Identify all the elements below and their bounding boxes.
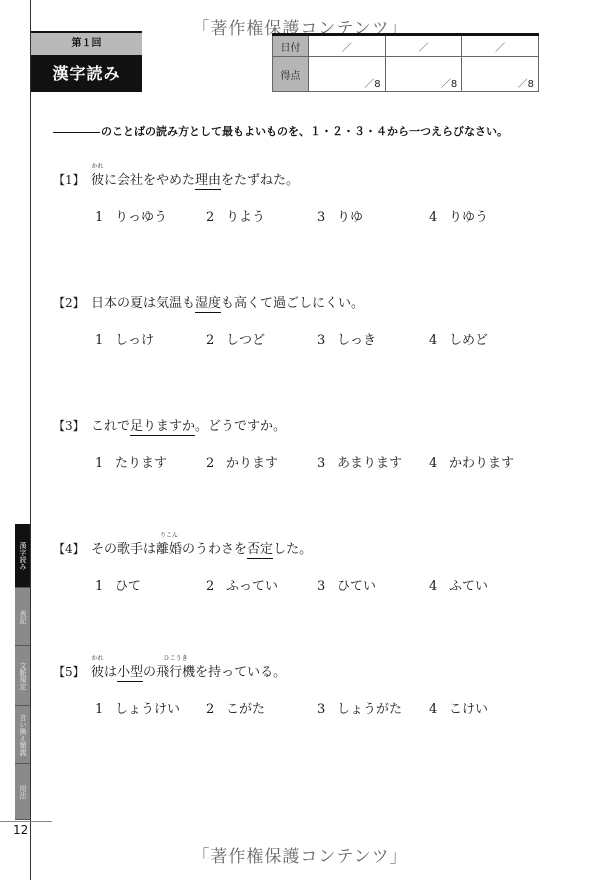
side-tab-paraphrase[interactable]: 言い換え類義 xyxy=(15,706,30,764)
page-number: 12 xyxy=(13,823,28,837)
instruction: のことばの読み方として最もよいものを、１・２・３・４から一つえらびなさい。 xyxy=(53,123,508,139)
underlined-word: 否定 xyxy=(247,542,273,559)
score-row: 得点 ／8 ／8 ／8 xyxy=(273,57,539,92)
question-stem: 【1】かれ彼に会社をやめた理由をたずねた。 xyxy=(53,171,553,190)
choice-1[interactable]: 1しょうけい xyxy=(95,698,180,717)
score-cell-1[interactable]: ／8 xyxy=(309,57,386,92)
score-label: 得点 xyxy=(273,57,309,92)
ruby-word: かれ彼 xyxy=(91,172,104,190)
choice-4[interactable]: 4こけい xyxy=(429,698,488,717)
choices: 1しょうけい 2こがた 3しょうがた 4こけい xyxy=(53,698,553,716)
underlined-word: 小型 xyxy=(117,665,143,682)
choice-4[interactable]: 4りゆう xyxy=(429,206,488,225)
page-margin-line xyxy=(30,0,31,880)
choice-2[interactable]: 2りよう xyxy=(206,206,265,225)
underline-blank xyxy=(53,132,100,133)
choices: 1りっゆう 2りよう 3りゆ 4りゆう xyxy=(53,206,553,224)
choice-4[interactable]: 4ふてい xyxy=(429,575,488,594)
question-5: 【5】かれ彼は小型のひこうき飛行機を持っている。 1しょうけい 2こがた 3しょ… xyxy=(53,663,553,716)
footer-rule xyxy=(0,821,52,822)
date-cell-2[interactable]: ／ xyxy=(385,35,462,57)
side-index-tabs: 漢字読み 表記 文脈規定 言い換え類義 用法 xyxy=(15,524,30,820)
furigana: かれ xyxy=(91,655,104,662)
choice-3[interactable]: 3しっき xyxy=(317,329,376,348)
score-cell-3[interactable]: ／8 xyxy=(462,57,539,92)
choice-1[interactable]: 1ひて xyxy=(95,575,141,594)
date-cell-3[interactable]: ／ xyxy=(462,35,539,57)
watermark-bottom: 「著作権保護コンテンツ」 xyxy=(0,842,600,867)
question-number: 【1】 xyxy=(53,171,91,189)
side-tab-usage[interactable]: 用法 xyxy=(15,764,30,820)
side-tab-context[interactable]: 文脈規定 xyxy=(15,646,30,706)
choice-4[interactable]: 4かわります xyxy=(429,452,514,471)
choice-1[interactable]: 1りっゆう xyxy=(95,206,167,225)
choice-3[interactable]: 3あまります xyxy=(317,452,402,471)
round-label: 第１回 xyxy=(31,33,142,55)
furigana: かれ xyxy=(91,163,104,170)
underlined-word: 足りますか xyxy=(130,419,195,436)
instruction-text: のことばの読み方として最もよいものを、１・２・３・４から一つえらびなさい。 xyxy=(101,125,508,138)
question-4: 【4】その歌手はりこん離婚のうわさを否定した。 1ひて 2ふってい 3ひてい 4… xyxy=(53,540,553,593)
ruby-word: かれ彼 xyxy=(91,664,104,682)
question-stem: 【4】その歌手はりこん離婚のうわさを否定した。 xyxy=(53,540,553,559)
furigana: りこん xyxy=(156,532,182,539)
question-number: 【3】 xyxy=(53,417,91,435)
underlined-word: 理由 xyxy=(195,173,221,190)
score-cell-2[interactable]: ／8 xyxy=(385,57,462,92)
question-number: 【2】 xyxy=(53,294,91,312)
choice-2[interactable]: 2ふってい xyxy=(206,575,278,594)
date-row: 日付 ／ ／ ／ xyxy=(273,35,539,57)
question-stem: 【2】日本の夏は気温も湿度も高くて過ごしにくい。 xyxy=(53,294,553,313)
ruby-word: ひこうき飛行機 xyxy=(156,664,195,682)
side-tab-kanji-reading[interactable]: 漢字読み xyxy=(15,524,30,588)
choice-3[interactable]: 3りゆ xyxy=(317,206,363,225)
question-stem: 【5】かれ彼は小型のひこうき飛行機を持っている。 xyxy=(53,663,553,682)
question-2: 【2】日本の夏は気温も湿度も高くて過ごしにくい。 1しっけ 2しつど 3しっき … xyxy=(53,294,553,347)
choices: 1しっけ 2しつど 3しっき 4しめど xyxy=(53,329,553,347)
choice-3[interactable]: 3しょうがた xyxy=(317,698,402,717)
date-cell-1[interactable]: ／ xyxy=(309,35,386,57)
choice-4[interactable]: 4しめど xyxy=(429,329,488,348)
section-title: 漢字読み xyxy=(31,55,142,92)
choice-2[interactable]: 2しつど xyxy=(206,329,265,348)
side-tab-notation[interactable]: 表記 xyxy=(15,588,30,646)
title-block: 第１回 漢字読み xyxy=(31,31,142,92)
choice-1[interactable]: 1しっけ xyxy=(95,329,154,348)
choice-2[interactable]: 2こがた xyxy=(206,698,265,717)
furigana: ひこうき xyxy=(156,655,195,662)
question-1: 【1】かれ彼に会社をやめた理由をたずねた。 1りっゆう 2りよう 3りゆ 4りゆ… xyxy=(53,171,553,224)
question-3: 【3】これで足りますか。どうですか。 1たります 2かります 3あまります 4か… xyxy=(53,417,553,470)
date-label: 日付 xyxy=(273,35,309,57)
choices: 1ひて 2ふってい 3ひてい 4ふてい xyxy=(53,575,553,593)
choice-2[interactable]: 2かります xyxy=(206,452,278,471)
question-number: 【5】 xyxy=(53,663,91,681)
choices: 1たります 2かります 3あまります 4かわります xyxy=(53,452,553,470)
choice-3[interactable]: 3ひてい xyxy=(317,575,376,594)
choice-1[interactable]: 1たります xyxy=(95,452,167,471)
question-number: 【4】 xyxy=(53,540,91,558)
ruby-word: りこん離婚 xyxy=(156,541,182,559)
question-stem: 【3】これで足りますか。どうですか。 xyxy=(53,417,553,436)
score-table: 日付 ／ ／ ／ 得点 ／8 ／8 ／8 xyxy=(272,33,539,92)
underlined-word: 湿度 xyxy=(195,296,221,313)
